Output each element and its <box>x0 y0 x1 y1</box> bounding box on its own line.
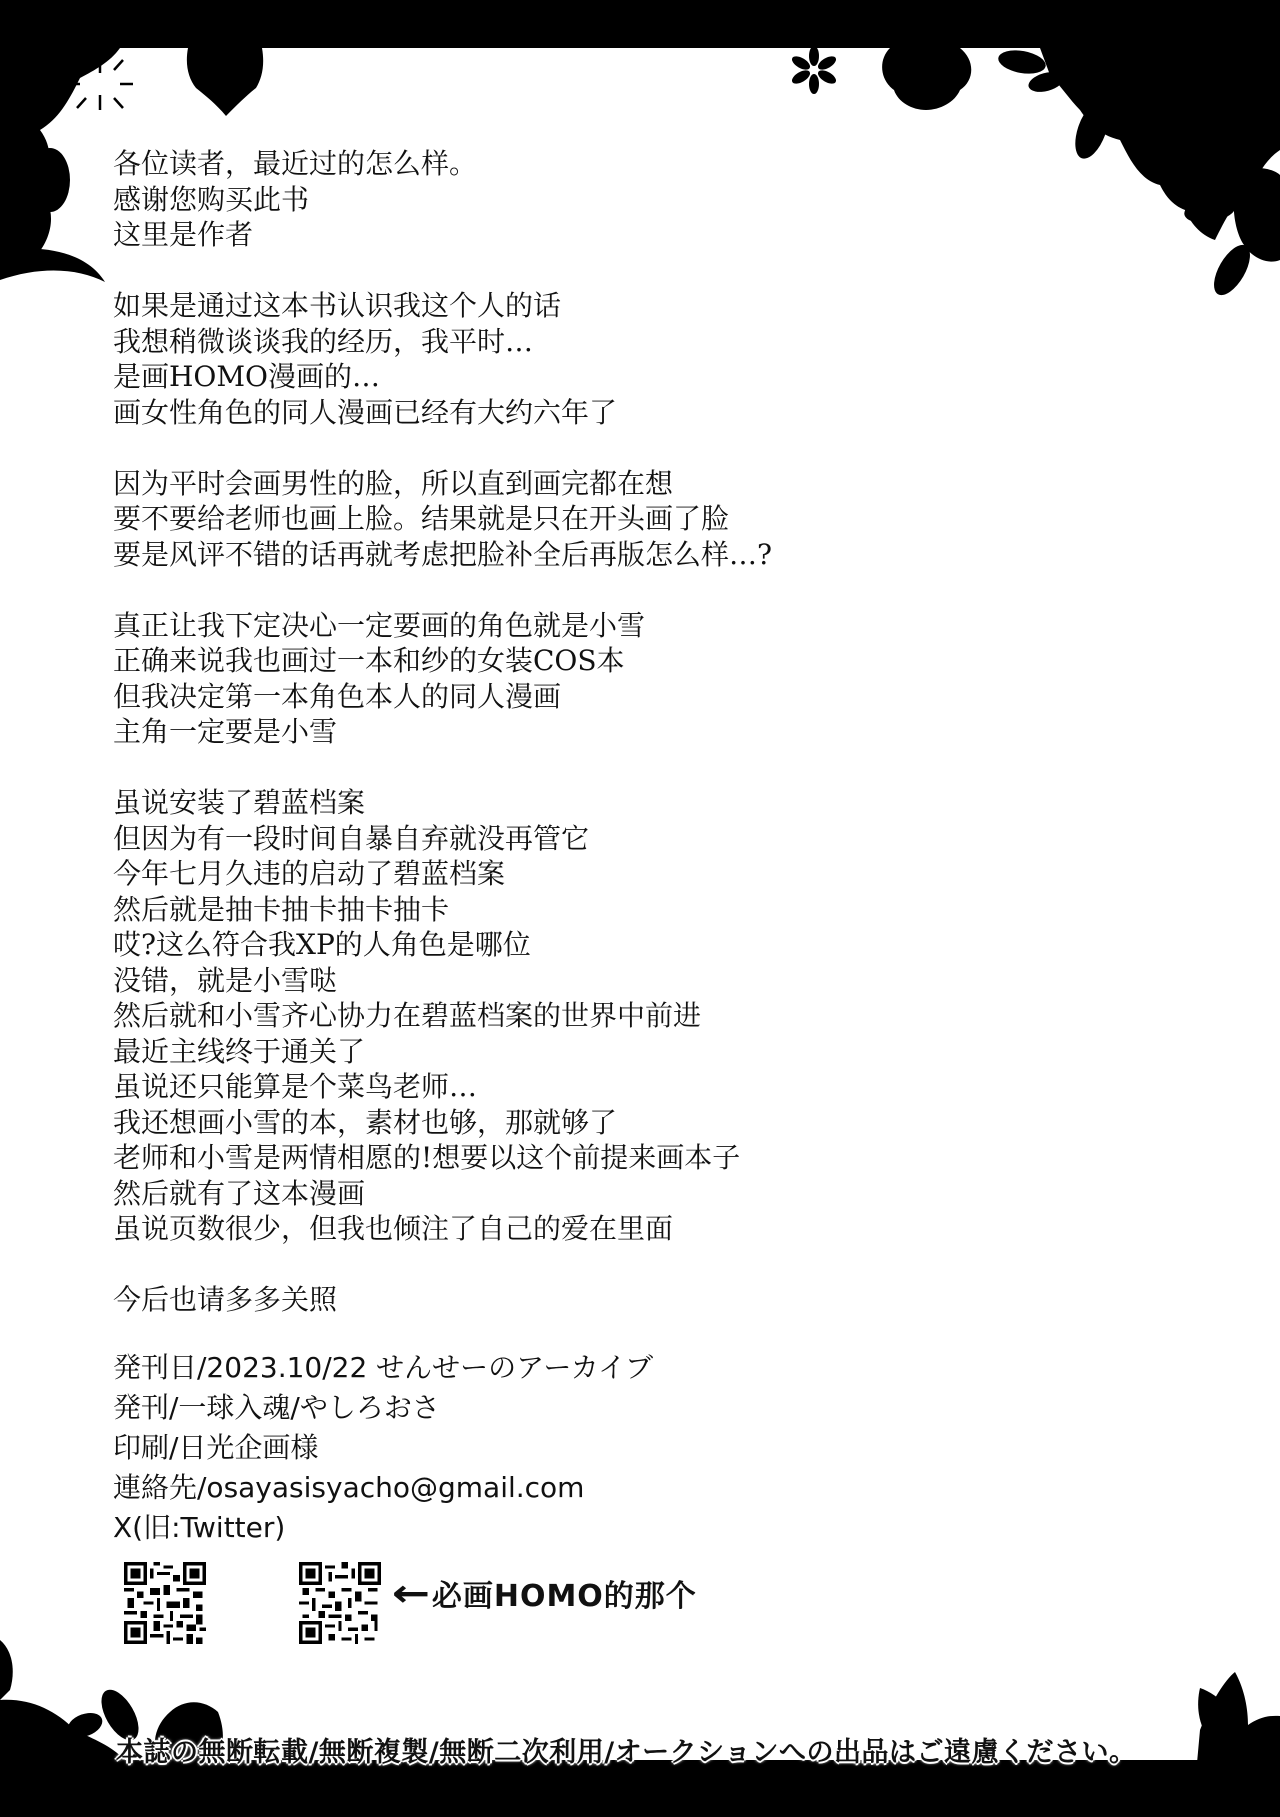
qr-code-row: ← 必画HOMO的那个 <box>124 1560 697 1646</box>
paragraph-faces: 因为平时会画男性的脸，所以直到画完都在想 要不要给老师也画上脸。结果就是只在开头… <box>113 466 1113 573</box>
text-line: 今后也请多多关照 <box>113 1282 1113 1318</box>
text-line: 虽说还只能算是个菜鸟老师… <box>113 1069 1113 1105</box>
text-line: 然后就有了这本漫画 <box>113 1176 1113 1212</box>
text-line: 感谢您购买此书 <box>113 182 1113 218</box>
text-line: 虽说页数很少，但我也倾注了自己的爱在里面 <box>113 1211 1113 1247</box>
text-line: 但因为有一段时间自暴自弃就没再管它 <box>113 821 1113 857</box>
text-line: 真正让我下定决心一定要画的角色就是小雪 <box>113 608 1113 644</box>
contact-email: 連絡先/osayasisyacho@gmail.com <box>113 1468 653 1508</box>
text-line: 要是风评不错的话再就考虑把脸补全后再版怎么样…? <box>113 537 1113 573</box>
text-line: 然后就是抽卡抽卡抽卡抽卡 <box>113 892 1113 928</box>
text-line: 主角一定要是小雪 <box>113 714 1113 750</box>
text-line: 各位读者，最近过的怎么样。 <box>113 146 1113 182</box>
text-line: 没错，就是小雪哒 <box>113 963 1113 999</box>
text-line: 画女性角色的同人漫画已经有大约六年了 <box>113 395 1113 431</box>
release-date: 発刊日/2023.10/22 せんせーのアーカイブ <box>113 1348 653 1388</box>
printer: 印刷/日光企画様 <box>113 1428 653 1468</box>
twitter-label: X(旧:Twitter) <box>113 1508 653 1548</box>
qr-code-icon <box>299 1562 381 1644</box>
handwritten-note: ← 必画HOMO的那个 <box>395 1571 697 1615</box>
paragraph-story: 虽说安装了碧蓝档案 但因为有一段时间自暴自弃就没再管它 今年七月久违的启动了碧蓝… <box>113 785 1113 1247</box>
small-flower-icon <box>790 46 838 94</box>
publisher: 発刊/一球入魂/やしろおさ <box>113 1388 653 1428</box>
text-line: 但我决定第一本角色本人的同人漫画 <box>113 679 1113 715</box>
text-line: 正确来说我也画过一本和纱的女装COS本 <box>113 643 1113 679</box>
arrow-left-icon: ← <box>392 1571 431 1615</box>
qr-code-icon <box>124 1562 206 1644</box>
handwritten-note-text: 必画HOMO的那个 <box>432 1571 697 1615</box>
text-line: 我想稍微谈谈我的经历，我平时… <box>113 324 1113 360</box>
text-line: 如果是通过这本书认识我这个人的话 <box>113 288 1113 324</box>
text-line: 虽说安装了碧蓝档案 <box>113 785 1113 821</box>
text-line: 然后就和小雪齐心协力在碧蓝档案的世界中前进 <box>113 998 1113 1034</box>
text-line: 最近主线终于通关了 <box>113 1034 1113 1070</box>
text-line: 老师和小雪是两情相愿的!想要以这个前提来画本子 <box>113 1140 1113 1176</box>
paragraph-intro: 如果是通过这本书认识我这个人的话 我想稍微谈谈我的经历，我平时… 是画HOMO漫… <box>113 288 1113 430</box>
paragraph-greeting: 各位读者，最近过的怎么样。 感谢您购买此书 这里是作者 <box>113 146 1113 253</box>
text-line: 因为平时会画男性的脸，所以直到画完都在想 <box>113 466 1113 502</box>
colophon: 発刊日/2023.10/22 せんせーのアーカイブ 発刊/一球入魂/やしろおさ … <box>113 1348 653 1548</box>
afterword-text: 各位读者，最近过的怎么样。 感谢您购买此书 这里是作者 如果是通过这本书认识我这… <box>113 146 1113 1353</box>
starburst-icon <box>67 58 133 110</box>
paragraph-character: 真正让我下定决心一定要画的角色就是小雪 正确来说我也画过一本和纱的女装COS本 … <box>113 608 1113 750</box>
text-line: 这里是作者 <box>113 217 1113 253</box>
text-line: 是画HOMO漫画的… <box>113 359 1113 395</box>
text-line: 哎?这么符合我XP的人角色是哪位 <box>113 927 1113 963</box>
text-line: 今年七月久违的启动了碧蓝档案 <box>113 856 1113 892</box>
text-line: 我还想画小雪的本，素材也够，那就够了 <box>113 1105 1113 1141</box>
paragraph-closing: 今后也请多多关照 <box>113 1282 1113 1318</box>
copyright-notice: 本誌の無断転載/無断複製/無断二次利用/オークションへの出品はご遠慮ください。 <box>116 1730 1137 1769</box>
text-line: 要不要给老师也画上脸。结果就是只在开头画了脸 <box>113 501 1113 537</box>
